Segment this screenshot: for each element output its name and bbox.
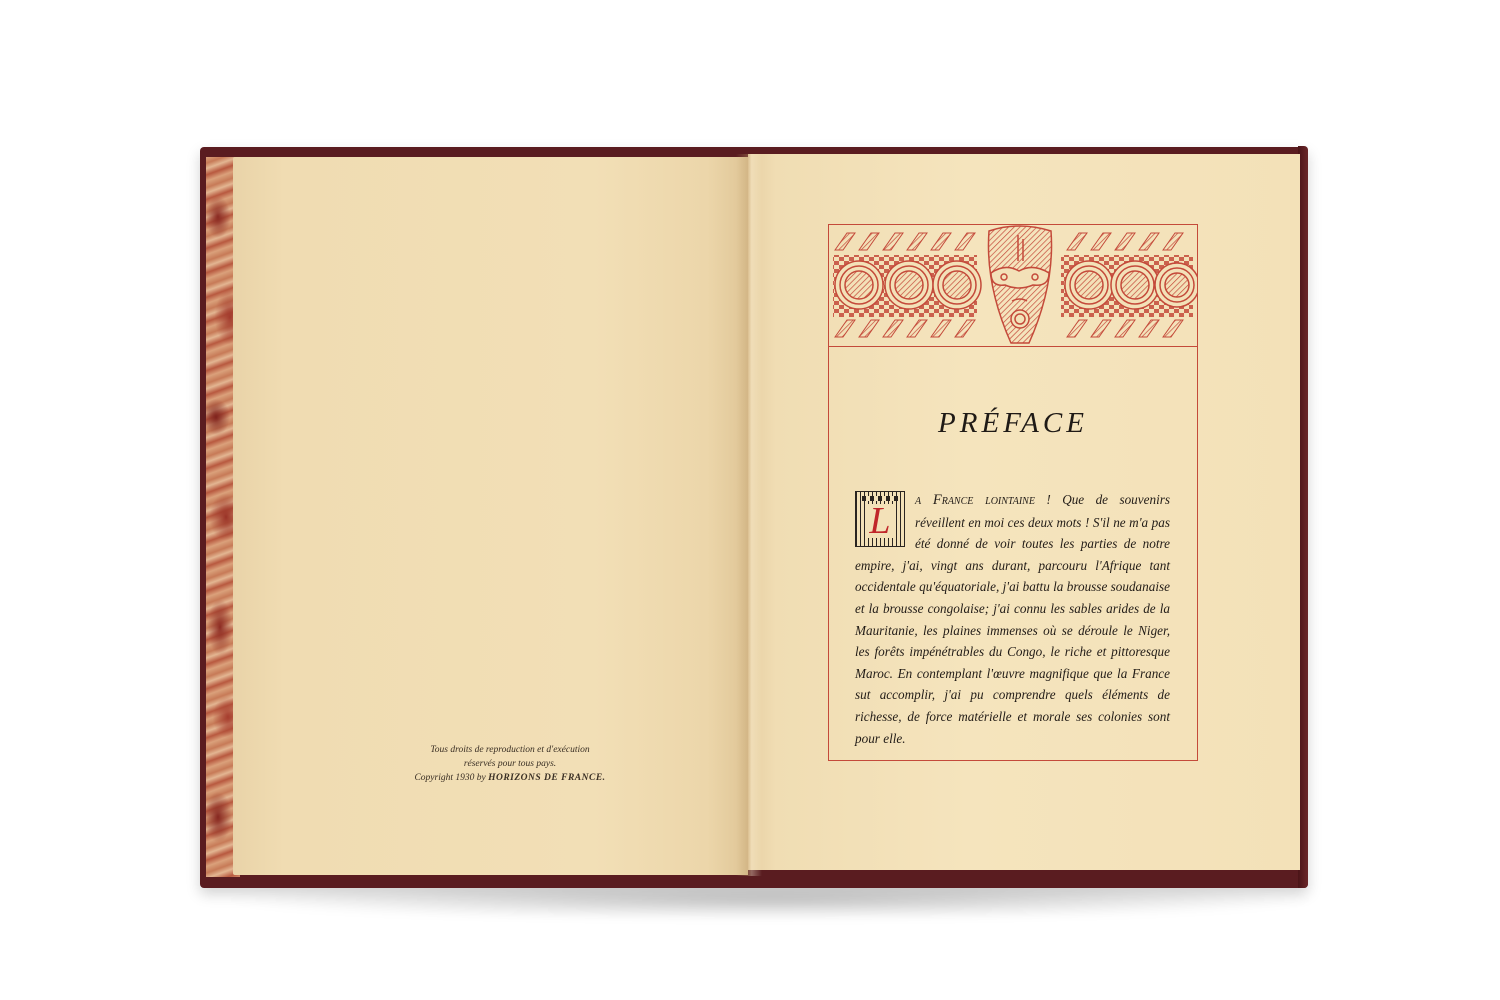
copyright-line-2: réservés pour tous pays. <box>360 757 660 771</box>
lead-in-small-caps: a France lointaine <box>915 492 1035 508</box>
african-mask-banner-icon <box>829 225 1197 345</box>
book-gutter <box>736 154 762 876</box>
copyright-line-1: Tous droits de reproduction et d'exécuti… <box>360 743 660 757</box>
decorative-banner <box>829 225 1197 347</box>
preface-paragraph: L a France lointaine ! Que de souvenirs … <box>855 489 1170 749</box>
page-title: PRÉFACE <box>829 407 1197 440</box>
preface-frame: PRÉFACE L a France lointaine ! Que de so… <box>828 224 1198 761</box>
ornamental-drop-cap: L <box>855 491 905 547</box>
copyright-line-3: Copyright 1930 by HORIZONS DE FRANCE. <box>360 771 660 785</box>
publisher-name: HORIZONS DE FRANCE. <box>488 773 605 783</box>
copyright-notice: Tous droits de reproduction et d'exécuti… <box>360 743 660 785</box>
drop-cap-letter: L <box>869 502 890 540</box>
